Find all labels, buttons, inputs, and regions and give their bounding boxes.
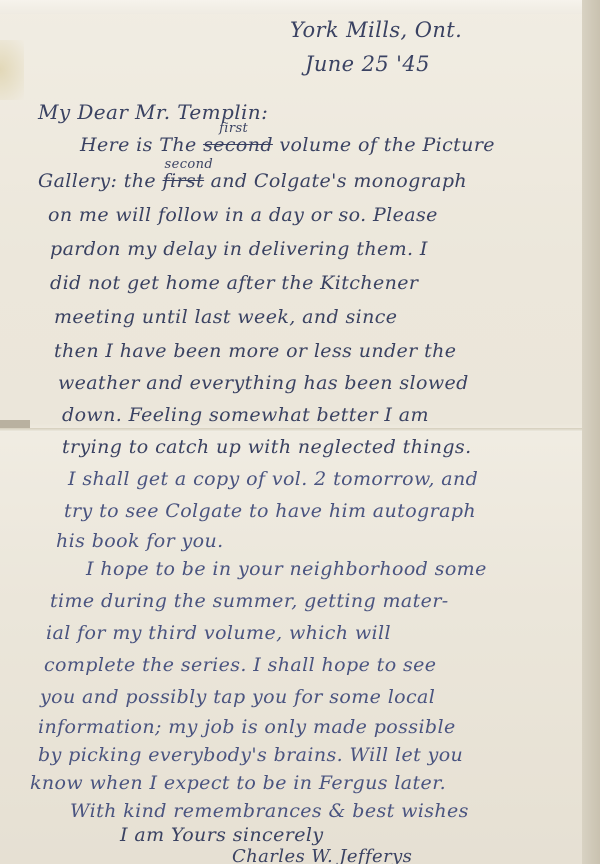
closing: I am Yours sincerely bbox=[120, 824, 323, 846]
body-line-7: then I have been more or less under the bbox=[54, 340, 456, 362]
correction-1-insert: first bbox=[219, 121, 248, 136]
body-line-19: information; my job is only made possibl… bbox=[38, 716, 456, 738]
signature: Charles W. Jefferys bbox=[232, 846, 412, 864]
body-line-12: try to see Colgate to have him autograph bbox=[64, 500, 476, 522]
body-line-13: his book for you. bbox=[56, 530, 224, 552]
body-line-1-start: Here is The bbox=[80, 134, 197, 156]
body-line-2: Gallery: the second first and Colgate's … bbox=[38, 170, 467, 192]
correction-2-struck: first bbox=[163, 170, 205, 192]
paper-right-edge-shadow bbox=[582, 0, 600, 864]
body-line-5: did not get home after the Kitchener bbox=[50, 272, 418, 294]
body-line-8: weather and everything has been slowed bbox=[58, 372, 469, 394]
body-line-14: I hope to be in your neighborhood some bbox=[86, 558, 487, 580]
letter-place: York Mills, Ont. bbox=[290, 18, 462, 42]
paper-stain bbox=[0, 40, 24, 100]
body-line-6: meeting until last week, and since bbox=[54, 306, 397, 328]
body-line-18: you and possibly tap you for some local bbox=[40, 686, 435, 708]
body-line-1: Here is The first second volume of the P… bbox=[80, 134, 495, 156]
body-line-2-start: Gallery: the bbox=[38, 170, 156, 192]
body-line-15: time during the summer, getting mater- bbox=[50, 590, 449, 612]
body-line-20: by picking everybody's brains. Will let … bbox=[38, 744, 463, 766]
body-line-2-end: and Colgate's monograph bbox=[211, 170, 468, 192]
body-line-1-end: volume of the Picture bbox=[279, 134, 495, 156]
correction-2-insert: second bbox=[165, 157, 214, 172]
body-line-10: trying to catch up with neglected things… bbox=[62, 436, 472, 458]
body-line-21: know when I expect to be in Fergus later… bbox=[30, 772, 446, 794]
body-line-17: complete the series. I shall hope to see bbox=[44, 654, 436, 676]
body-line-9: down. Feeling somewhat better I am bbox=[62, 404, 429, 426]
body-line-22: With kind remembrances & best wishes bbox=[70, 800, 469, 822]
correction-1: first second bbox=[203, 134, 273, 156]
letter-date: June 25 '45 bbox=[305, 52, 430, 76]
body-line-16: ial for my third volume, which will bbox=[46, 622, 391, 644]
body-line-3: on me will follow in a day or so. Please bbox=[48, 204, 438, 226]
body-line-4: pardon my delay in delivering them. I bbox=[50, 238, 428, 260]
fold-crease bbox=[0, 428, 584, 432]
paper-top-edge bbox=[0, 0, 584, 14]
correction-2: second first bbox=[163, 170, 205, 192]
body-line-11: I shall get a copy of vol. 2 tomorrow, a… bbox=[68, 468, 478, 490]
correction-1-struck: second bbox=[203, 134, 273, 156]
